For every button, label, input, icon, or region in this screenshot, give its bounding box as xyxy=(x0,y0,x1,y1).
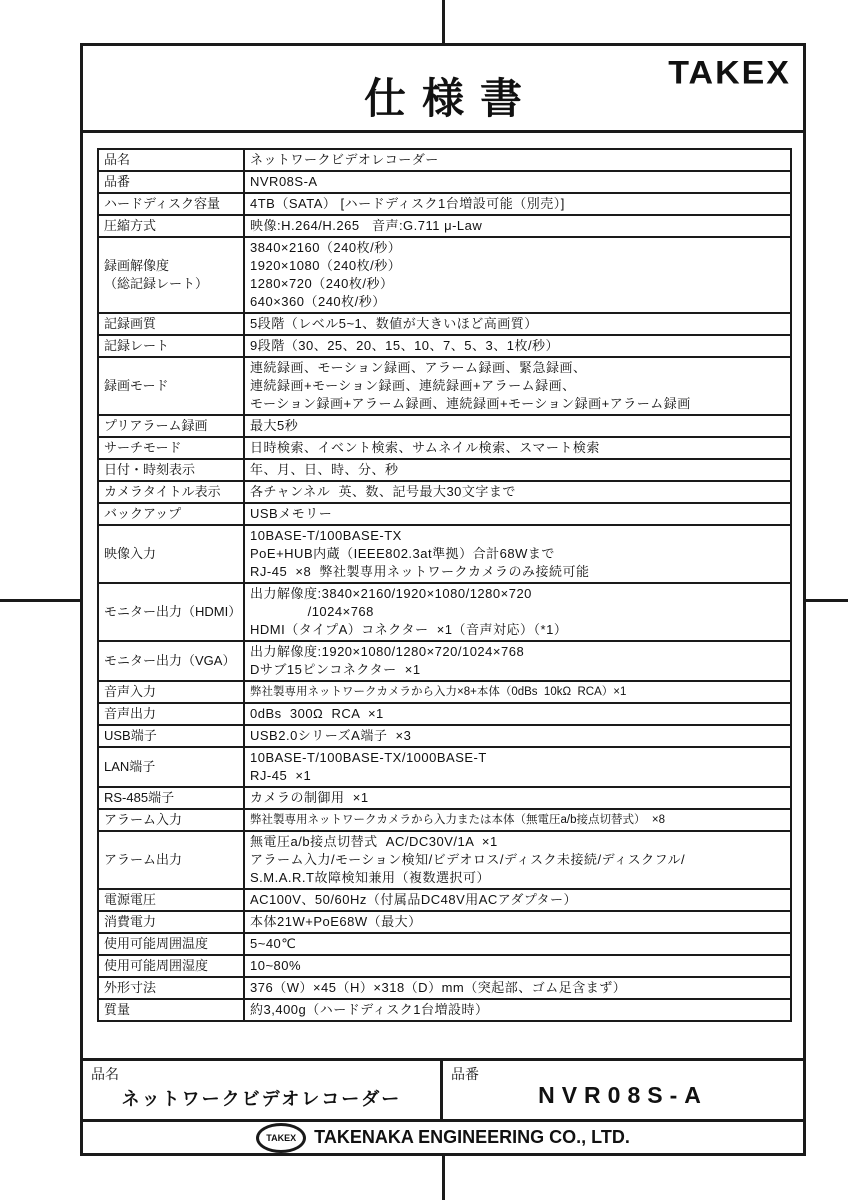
spec-value: 連続録画、モーション録画、アラーム録画、緊急録画、連続録画+モーション録画、連続… xyxy=(244,357,791,415)
spec-value: 最大5秒 xyxy=(244,415,791,437)
spec-row: プリアラーム録画最大5秒 xyxy=(98,415,791,437)
spec-value: 376（W）×45（H）×318（D）mm（突起部、ゴム足含まず） xyxy=(244,977,791,999)
spec-row: サーチモード日時検索、イベント検索、サムネイル検索、スマート検索 xyxy=(98,437,791,459)
spec-row: 映像入力10BASE-T/100BASE-TXPoE+HUB内蔵（IEEE802… xyxy=(98,525,791,583)
spec-label: 質量 xyxy=(98,999,244,1021)
spec-label: 品名 xyxy=(98,149,244,171)
spec-value: 各チャンネル 英、数、記号最大30文字まで xyxy=(244,481,791,503)
crop-mark-left xyxy=(0,599,82,602)
spec-row: LAN端子10BASE-T/100BASE-TX/1000BASE-TRJ-45… xyxy=(98,747,791,787)
spec-label: RS-485端子 xyxy=(98,787,244,809)
spec-row: カメラタイトル表示各チャンネル 英、数、記号最大30文字まで xyxy=(98,481,791,503)
spec-value: 無電圧a/b接点切替式 AC/DC30V/1A ×1アラーム入力/モーション検知… xyxy=(244,831,791,889)
spec-value: 9段階（30、25、20、15、10、7、5、3、1枚/秒） xyxy=(244,335,791,357)
footer-product-name-label: 品名 xyxy=(83,1061,440,1084)
spec-sheet-page: 仕様書 TAKEX 品名ネットワークビデオレコーダー品番NVR08S-Aハードデ… xyxy=(80,43,806,1156)
spec-value: 本体21W+PoE68W（最大） xyxy=(244,911,791,933)
spec-row: 音声出力0dBs 300Ω RCA ×1 xyxy=(98,703,791,725)
spec-label: 音声入力 xyxy=(98,681,244,703)
spec-value: 4TB（SATA） [ハードディスク1台増設可能（別売）] xyxy=(244,193,791,215)
takex-logo: TAKEX xyxy=(668,55,791,92)
spec-row: 記録画質5段階（レベル5~1、数値が大きいほど高画質） xyxy=(98,313,791,335)
spec-value: 弊社製専用ネットワークカメラから入力×8+本体（0dBs 10kΩ RCA）×1 xyxy=(244,681,791,703)
spec-label: サーチモード xyxy=(98,437,244,459)
spec-value: 10~80% xyxy=(244,955,791,977)
spec-row: アラーム出力無電圧a/b接点切替式 AC/DC30V/1A ×1アラーム入力/モ… xyxy=(98,831,791,889)
spec-value: 3840×2160（240枚/秒）1920×1080（240枚/秒）1280×7… xyxy=(244,237,791,313)
spec-label: USB端子 xyxy=(98,725,244,747)
crop-mark-right xyxy=(804,599,848,602)
takex-badge-icon: TAKEX xyxy=(256,1123,306,1153)
spec-row: 品番NVR08S-A xyxy=(98,171,791,193)
spec-value: 5~40℃ xyxy=(244,933,791,955)
footer-product-number-value: NVR08S-A xyxy=(443,1082,803,1109)
spec-label: 記録レート xyxy=(98,335,244,357)
spec-label: 日付・時刻表示 xyxy=(98,459,244,481)
spec-label: 記録画質 xyxy=(98,313,244,335)
spec-value: USB2.0シリーズA端子 ×3 xyxy=(244,725,791,747)
spec-label: 使用可能周囲温度 xyxy=(98,933,244,955)
crop-mark-top xyxy=(442,0,445,45)
spec-row: RS-485端子カメラの制御用 ×1 xyxy=(98,787,791,809)
spec-value: 弊社製専用ネットワークカメラから入力または本体（無電圧a/b接点切替式） ×8 xyxy=(244,809,791,831)
spec-table: 品名ネットワークビデオレコーダー品番NVR08S-Aハードディスク容量4TB（S… xyxy=(97,148,792,1022)
crop-mark-bottom xyxy=(442,1156,445,1200)
spec-row: モニター出力（HDMI）出力解像度:3840×2160/1920×1080/12… xyxy=(98,583,791,641)
footer-product-number-label: 品番 xyxy=(443,1061,803,1084)
spec-value: 0dBs 300Ω RCA ×1 xyxy=(244,703,791,725)
spec-value: AC100V、50/60Hz（付属品DC48V用ACアダプター） xyxy=(244,889,791,911)
spec-row: 電源電圧AC100V、50/60Hz（付属品DC48V用ACアダプター） xyxy=(98,889,791,911)
spec-label: 使用可能周囲湿度 xyxy=(98,955,244,977)
spec-label: 圧縮方式 xyxy=(98,215,244,237)
spec-row: 消費電力本体21W+PoE68W（最大） xyxy=(98,911,791,933)
page-header: 仕様書 TAKEX xyxy=(83,46,803,133)
spec-label: モニター出力（HDMI） xyxy=(98,583,244,641)
spec-row: 質量約3,400g（ハードディスク1台増設時） xyxy=(98,999,791,1021)
spec-row: ハードディスク容量4TB（SATA） [ハードディスク1台増設可能（別売）] xyxy=(98,193,791,215)
spec-row: 録画モード連続録画、モーション録画、アラーム録画、緊急録画、連続録画+モーション… xyxy=(98,357,791,415)
spec-row: モニター出力（VGA）出力解像度:1920×1080/1280×720/1024… xyxy=(98,641,791,681)
spec-label: 外形寸法 xyxy=(98,977,244,999)
spec-row: 録画解像度 （総記録レート）3840×2160（240枚/秒）1920×1080… xyxy=(98,237,791,313)
spec-value: 出力解像度:1920×1080/1280×720/1024×768Dサブ15ピン… xyxy=(244,641,791,681)
spec-label: 録画モード xyxy=(98,357,244,415)
spec-row: バックアップUSBメモリー xyxy=(98,503,791,525)
spec-value: 10BASE-T/100BASE-TX/1000BASE-TRJ-45 ×1 xyxy=(244,747,791,787)
footer-product-name-value: ネットワークビデオレコーダー xyxy=(83,1085,440,1111)
spec-value: 5段階（レベル5~1、数値が大きいほど高画質） xyxy=(244,313,791,335)
spec-row: 音声入力弊社製専用ネットワークカメラから入力×8+本体（0dBs 10kΩ RC… xyxy=(98,681,791,703)
spec-label: 品番 xyxy=(98,171,244,193)
spec-label: 電源電圧 xyxy=(98,889,244,911)
spec-row: 記録レート9段階（30、25、20、15、10、7、5、3、1枚/秒） xyxy=(98,335,791,357)
footer-product-name-cell: 品名 ネットワークビデオレコーダー xyxy=(83,1061,443,1119)
spec-label: バックアップ xyxy=(98,503,244,525)
spec-row: USB端子USB2.0シリーズA端子 ×3 xyxy=(98,725,791,747)
spec-label: カメラタイトル表示 xyxy=(98,481,244,503)
spec-label: 録画解像度 （総記録レート） xyxy=(98,237,244,313)
spec-value: USBメモリー xyxy=(244,503,791,525)
spec-row: 品名ネットワークビデオレコーダー xyxy=(98,149,791,171)
spec-label: プリアラーム録画 xyxy=(98,415,244,437)
footer-product-number-cell: 品番 NVR08S-A xyxy=(443,1061,803,1119)
spec-label: 映像入力 xyxy=(98,525,244,583)
spec-value: ネットワークビデオレコーダー xyxy=(244,149,791,171)
spec-label: アラーム入力 xyxy=(98,809,244,831)
spec-label: 音声出力 xyxy=(98,703,244,725)
spec-value: カメラの制御用 ×1 xyxy=(244,787,791,809)
spec-label: アラーム出力 xyxy=(98,831,244,889)
spec-value: 10BASE-T/100BASE-TXPoE+HUB内蔵（IEEE802.3at… xyxy=(244,525,791,583)
spec-value: 日時検索、イベント検索、サムネイル検索、スマート検索 xyxy=(244,437,791,459)
spec-value: 映像:H.264/H.265 音声:G.711 μ-Law xyxy=(244,215,791,237)
spec-value: 年、月、日、時、分、秒 xyxy=(244,459,791,481)
spec-label: 消費電力 xyxy=(98,911,244,933)
spec-row: 日付・時刻表示年、月、日、時、分、秒 xyxy=(98,459,791,481)
spec-value: 出力解像度:3840×2160/1920×1080/1280×720 /1024… xyxy=(244,583,791,641)
spec-label: LAN端子 xyxy=(98,747,244,787)
spec-row: 使用可能周囲湿度10~80% xyxy=(98,955,791,977)
spec-value: 約3,400g（ハードディスク1台増設時） xyxy=(244,999,791,1021)
spec-row: 圧縮方式映像:H.264/H.265 音声:G.711 μ-Law xyxy=(98,215,791,237)
company-name: TAKENAKA ENGINEERING CO., LTD. xyxy=(314,1127,630,1148)
footer-id-row: 品名 ネットワークビデオレコーダー 品番 NVR08S-A xyxy=(80,1058,806,1122)
spec-row: 外形寸法376（W）×45（H）×318（D）mm（突起部、ゴム足含まず） xyxy=(98,977,791,999)
spec-value: NVR08S-A xyxy=(244,171,791,193)
spec-label: モニター出力（VGA） xyxy=(98,641,244,681)
footer-company-bar: TAKEX TAKENAKA ENGINEERING CO., LTD. xyxy=(80,1119,806,1156)
spec-label: ハードディスク容量 xyxy=(98,193,244,215)
spec-row: アラーム入力弊社製専用ネットワークカメラから入力または本体（無電圧a/b接点切替… xyxy=(98,809,791,831)
spec-row: 使用可能周囲温度5~40℃ xyxy=(98,933,791,955)
page-canvas: 仕様書 TAKEX 品名ネットワークビデオレコーダー品番NVR08S-Aハードデ… xyxy=(0,0,848,1200)
spec-table-body: 品名ネットワークビデオレコーダー品番NVR08S-Aハードディスク容量4TB（S… xyxy=(98,149,791,1021)
